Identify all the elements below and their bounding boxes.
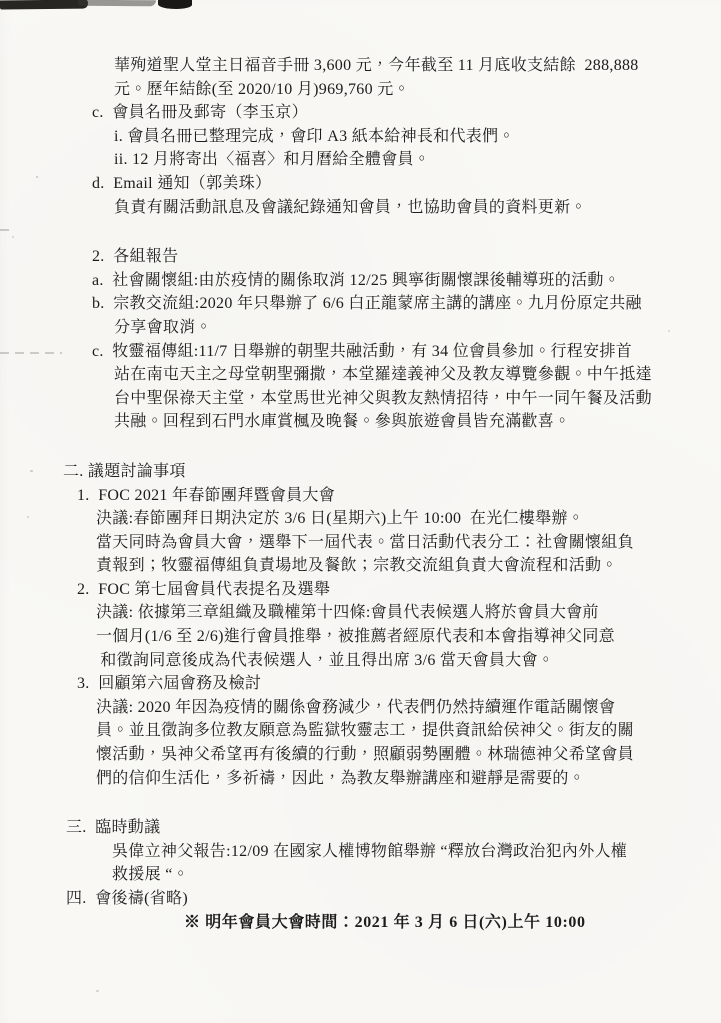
document-line: ii. 12 月將寄出〈福喜〉和月曆給全體會員。 [0, 148, 721, 172]
document-line: 3. 回顧第六屆會務及檢討 [0, 672, 721, 696]
document-line: 救援展 “。 [0, 863, 721, 887]
blank-line [0, 219, 721, 245]
document-line: 懷活動，吳神父希望再有後續的行動，照顧弱勢團體。林瑞德神父希望會員 [0, 743, 721, 767]
document-line: 決議: 2020 年因為疫情的關係會務減少，代表們仍然持續運作電話關懷會 [0, 696, 721, 720]
document-line: 2. FOC 第七屆會員代表提名及選舉 [0, 578, 721, 602]
document-line: 當天同時為會員大會，選舉下一屆代表。當日活動代表分工：社會關懷組負 [0, 531, 721, 555]
document-line: 共融。回程到石門水庫賞楓及晚餐。參與旅遊會員皆充滿歡喜。 [0, 410, 721, 434]
document-line: c. 牧靈福傳組:11/7 日舉辦的朝聖共融活動，有 34 位會員參加。行程安排… [0, 340, 721, 364]
document-line: 決議: 依據第三章組織及職權第十四條:會員代表候選人將於會員大會前 [0, 601, 721, 625]
document-line: 2. 各組報告 [0, 245, 721, 269]
document-line: 吳偉立神父報告:12/09 在國家人權博物館舉辦 “釋放台灣政治犯內外人權 [0, 840, 721, 864]
document-line: 一個月(1/6 至 2/6)進行會員推舉，被推薦者經原代表和本會指導神父同意 [0, 625, 721, 649]
document-line: 員。並且徵詢多位教友願意為監獄牧靈志工，提供資訊給侯神父。街友的關 [0, 719, 721, 743]
paper-speck [96, 990, 99, 992]
document-line: 分享會取消。 [0, 316, 721, 340]
document-line: 三. 臨時動議 [0, 816, 721, 840]
document-line: 們的信仰生活化，多祈禱，因此，為教友舉辦講座和避靜是需要的。 [0, 767, 721, 791]
blank-line [0, 434, 721, 460]
document-line: i. 會員名冊已整理完成，會印 A3 紙本給神長和代表們。 [0, 125, 721, 149]
document-line: 決議:春節團拜日期決定於 3/6 日(星期六)上午 10:00 在光仁樓舉辦。 [0, 507, 721, 531]
document-line: 負責有關活動訊息及會議紀錄通知會員，也協助會員的資料更新。 [0, 196, 721, 220]
document-line: 和徵詢同意後成為代表候選人，並且得出席 3/6 當天會員大會。 [0, 649, 721, 673]
ink-smudge-top-left [0, 0, 88, 9]
document-line: 華殉道聖人堂主日福音手冊 3,600 元，今年截至 11 月底收支結餘 288,… [0, 54, 721, 78]
document-line: 責報到；牧靈福傳組負責場地及餐飲；宗教交流組負責大會流程和活動。 [0, 554, 721, 578]
scanned-page: { "page": { "kind": "scanned-meeting-min… [0, 0, 721, 1023]
document-line: 四. 會後禱(省略) [0, 887, 721, 911]
blank-line [0, 790, 721, 816]
footer-note-line: ※ 明年會員大會時間：2021 年 3 月 6 日(六)上午 10:00 [0, 911, 721, 935]
document-line: 二. 議題討論事項 [0, 460, 721, 484]
document-line: 元。歷年結餘(至 2020/10 月)969,760 元。 [0, 78, 721, 102]
document-line: 1. FOC 2021 年春節團拜暨會員大會 [0, 484, 721, 508]
ink-blob-top [158, 0, 192, 9]
document-body: 華殉道聖人堂主日福音手冊 3,600 元，今年截至 11 月底收支結餘 288,… [0, 54, 721, 934]
document-line: c. 會員名冊及郵寄（李玉京） [0, 101, 721, 125]
document-line: a. 社會關懷組:由於疫情的關係取消 12/25 興寧街關懷課後輔導班的活動。 [0, 269, 721, 293]
document-line: 站在南屯天主之母堂朝聖彌撒，本堂羅達義神父及教友導覽參觀。中午抵達 [0, 363, 721, 387]
document-line: d. Email 通知（郭美珠） [0, 172, 721, 196]
ink-smudge-top-left-fade [78, 0, 156, 6]
document-line: 台中聖保祿天主堂，本堂馬世光神父與教友熱情招待，中午一同午餐及活動 [0, 387, 721, 411]
document-line: b. 宗教交流組:2020 年只舉辦了 6/6 白正龍蒙席主講的講座。九月份原定… [0, 292, 721, 316]
